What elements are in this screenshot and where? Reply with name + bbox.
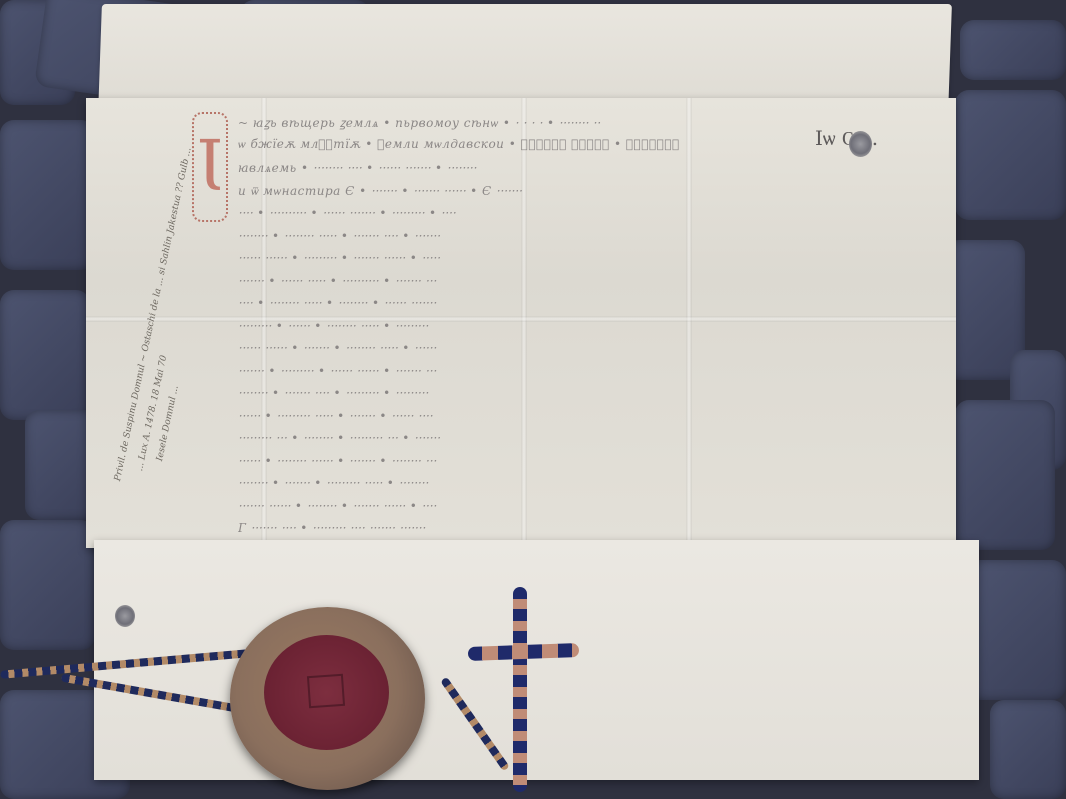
text-line: ⸱⸱⸱⸱⸱⸱⸱⸱ • ⸱⸱⸱⸱⸱⸱⸱ ⸱⸱⸱⸱ • ⸱⸱⸱⸱⸱⸱⸱⸱⸱ • ⸱⸱… xyxy=(238,384,818,407)
cobblestone xyxy=(965,560,1066,700)
text-line: ⸱⸱⸱⸱⸱⸱ ⸱⸱⸱⸱⸱⸱ • ⸱⸱⸱⸱⸱⸱⸱⸱⸱ • ⸱⸱⸱⸱⸱⸱⸱ ⸱⸱⸱⸱… xyxy=(238,249,818,272)
illuminated-initial: Ꙇ xyxy=(186,106,234,228)
margin-archival-note: Privil. de Suspinu Domnul ~ Ostaschi de … xyxy=(105,170,175,490)
cobblestone xyxy=(955,400,1055,550)
cobblestone xyxy=(0,290,90,420)
cobblestone xyxy=(0,520,95,650)
cobblestone xyxy=(960,20,1066,80)
text-line: ~ ꙗꙁь вѣщерь ꙁемлѧ • пьрвомоу сѣнѡ • ⸱ ⸱… xyxy=(238,114,818,137)
archive-stamp-icon xyxy=(115,605,135,627)
seal-emblem-icon xyxy=(307,674,345,708)
text-line: ⸱⸱⸱⸱⸱⸱⸱⸱ • ⸱⸱⸱⸱⸱⸱⸱⸱ ⸱⸱⸱⸱⸱ • ⸱⸱⸱⸱⸱⸱⸱ ⸱⸱⸱⸱… xyxy=(238,227,818,250)
text-line: ⸱⸱⸱⸱⸱⸱⸱ ⸱⸱⸱⸱⸱⸱ • ⸱⸱⸱⸱⸱⸱⸱⸱ • ⸱⸱⸱⸱⸱⸱⸱ ⸱⸱⸱⸱… xyxy=(238,497,818,520)
cord-cross-vertical xyxy=(513,587,527,792)
text-line: ⸱⸱⸱⸱⸱⸱ • ⸱⸱⸱⸱⸱⸱⸱⸱⸱ ⸱⸱⸱⸱⸱ • ⸱⸱⸱⸱⸱⸱⸱ • ⸱⸱⸱… xyxy=(238,407,818,430)
archive-stamp-icon xyxy=(849,131,872,157)
text-line: ⸱⸱⸱⸱⸱⸱⸱⸱⸱ • ⸱⸱⸱⸱⸱⸱ • ⸱⸱⸱⸱⸱⸱⸱⸱ ⸱⸱⸱⸱⸱ • ⸱⸱… xyxy=(238,317,818,340)
wax-seal xyxy=(230,607,425,790)
parchment-bottom-flap xyxy=(94,540,979,780)
text-line: и ѿ мѡнастира Є • ⸱⸱⸱⸱⸱⸱⸱ • ⸱⸱⸱⸱⸱⸱⸱ ⸱⸱⸱⸱… xyxy=(238,182,818,205)
text-line: ⸱⸱⸱⸱ • ⸱⸱⸱⸱⸱⸱⸱⸱ ⸱⸱⸱⸱⸱ • ⸱⸱⸱⸱⸱⸱⸱⸱ • ⸱⸱⸱⸱⸱… xyxy=(238,294,818,317)
cobblestone xyxy=(955,90,1066,220)
text-line: ⸱⸱⸱⸱⸱⸱⸱⸱ • ⸱⸱⸱⸱⸱⸱⸱ • ⸱⸱⸱⸱⸱⸱⸱⸱⸱ ⸱⸱⸱⸱⸱ • ⸱… xyxy=(238,474,818,497)
text-line: ⸱⸱⸱⸱ • ⸱⸱⸱⸱⸱⸱⸱⸱⸱⸱ • ⸱⸱⸱⸱⸱⸱ ⸱⸱⸱⸱⸱⸱⸱ • ⸱⸱⸱… xyxy=(238,204,818,227)
text-line: ⸱⸱⸱⸱⸱⸱ • ⸱⸱⸱⸱⸱⸱⸱⸱ ⸱⸱⸱⸱⸱⸱ • ⸱⸱⸱⸱⸱⸱⸱ • ⸱⸱⸱… xyxy=(238,452,818,475)
cobblestone xyxy=(990,700,1066,799)
text-line: Г ⸱⸱⸱⸱⸱⸱⸱ ⸱⸱⸱⸱ • ⸱⸱⸱⸱⸱⸱⸱⸱⸱ ⸱⸱⸱⸱ ⸱⸱⸱⸱⸱⸱⸱ … xyxy=(238,519,818,542)
text-line: ⸱⸱⸱⸱⸱⸱ ⸱⸱⸱⸱⸱⸱ • ⸱⸱⸱⸱⸱⸱⸱ • ⸱⸱⸱⸱⸱⸱⸱⸱ ⸱⸱⸱⸱⸱… xyxy=(238,339,818,362)
charter-text: ~ ꙗꙁь вѣщерь ꙁемлѧ • пьрвомоу сѣнѡ • ⸱ ⸱… xyxy=(238,114,818,542)
text-line: ⸱⸱⸱⸱⸱⸱⸱⸱⸱ ⸱⸱⸱ • ⸱⸱⸱⸱⸱⸱⸱⸱ • ⸱⸱⸱⸱⸱⸱⸱⸱⸱ ⸱⸱⸱… xyxy=(238,429,818,452)
text-line: ѡ бжїеѫ млⷭ҇тїѫ • ꙁемли мѡлдавскои • ⸱⸱⸱… xyxy=(238,137,818,160)
cobblestone xyxy=(0,120,95,270)
text-line: ⸱⸱⸱⸱⸱⸱⸱ • ⸱⸱⸱⸱⸱⸱ ⸱⸱⸱⸱⸱ • ⸱⸱⸱⸱⸱⸱⸱⸱⸱⸱ • ⸱⸱… xyxy=(238,272,818,295)
text-line: ⸱⸱⸱⸱⸱⸱⸱ • ⸱⸱⸱⸱⸱⸱⸱⸱⸱ • ⸱⸱⸱⸱⸱⸱ ⸱⸱⸱⸱⸱⸱ • ⸱⸱… xyxy=(238,362,818,385)
text-line: ꙗвлѧемь • ⸱⸱⸱⸱⸱⸱⸱⸱ ⸱⸱⸱⸱ • ⸱⸱⸱⸱⸱⸱ ⸱⸱⸱⸱⸱⸱⸱… xyxy=(238,159,818,182)
wax-seal-impression xyxy=(264,635,389,750)
